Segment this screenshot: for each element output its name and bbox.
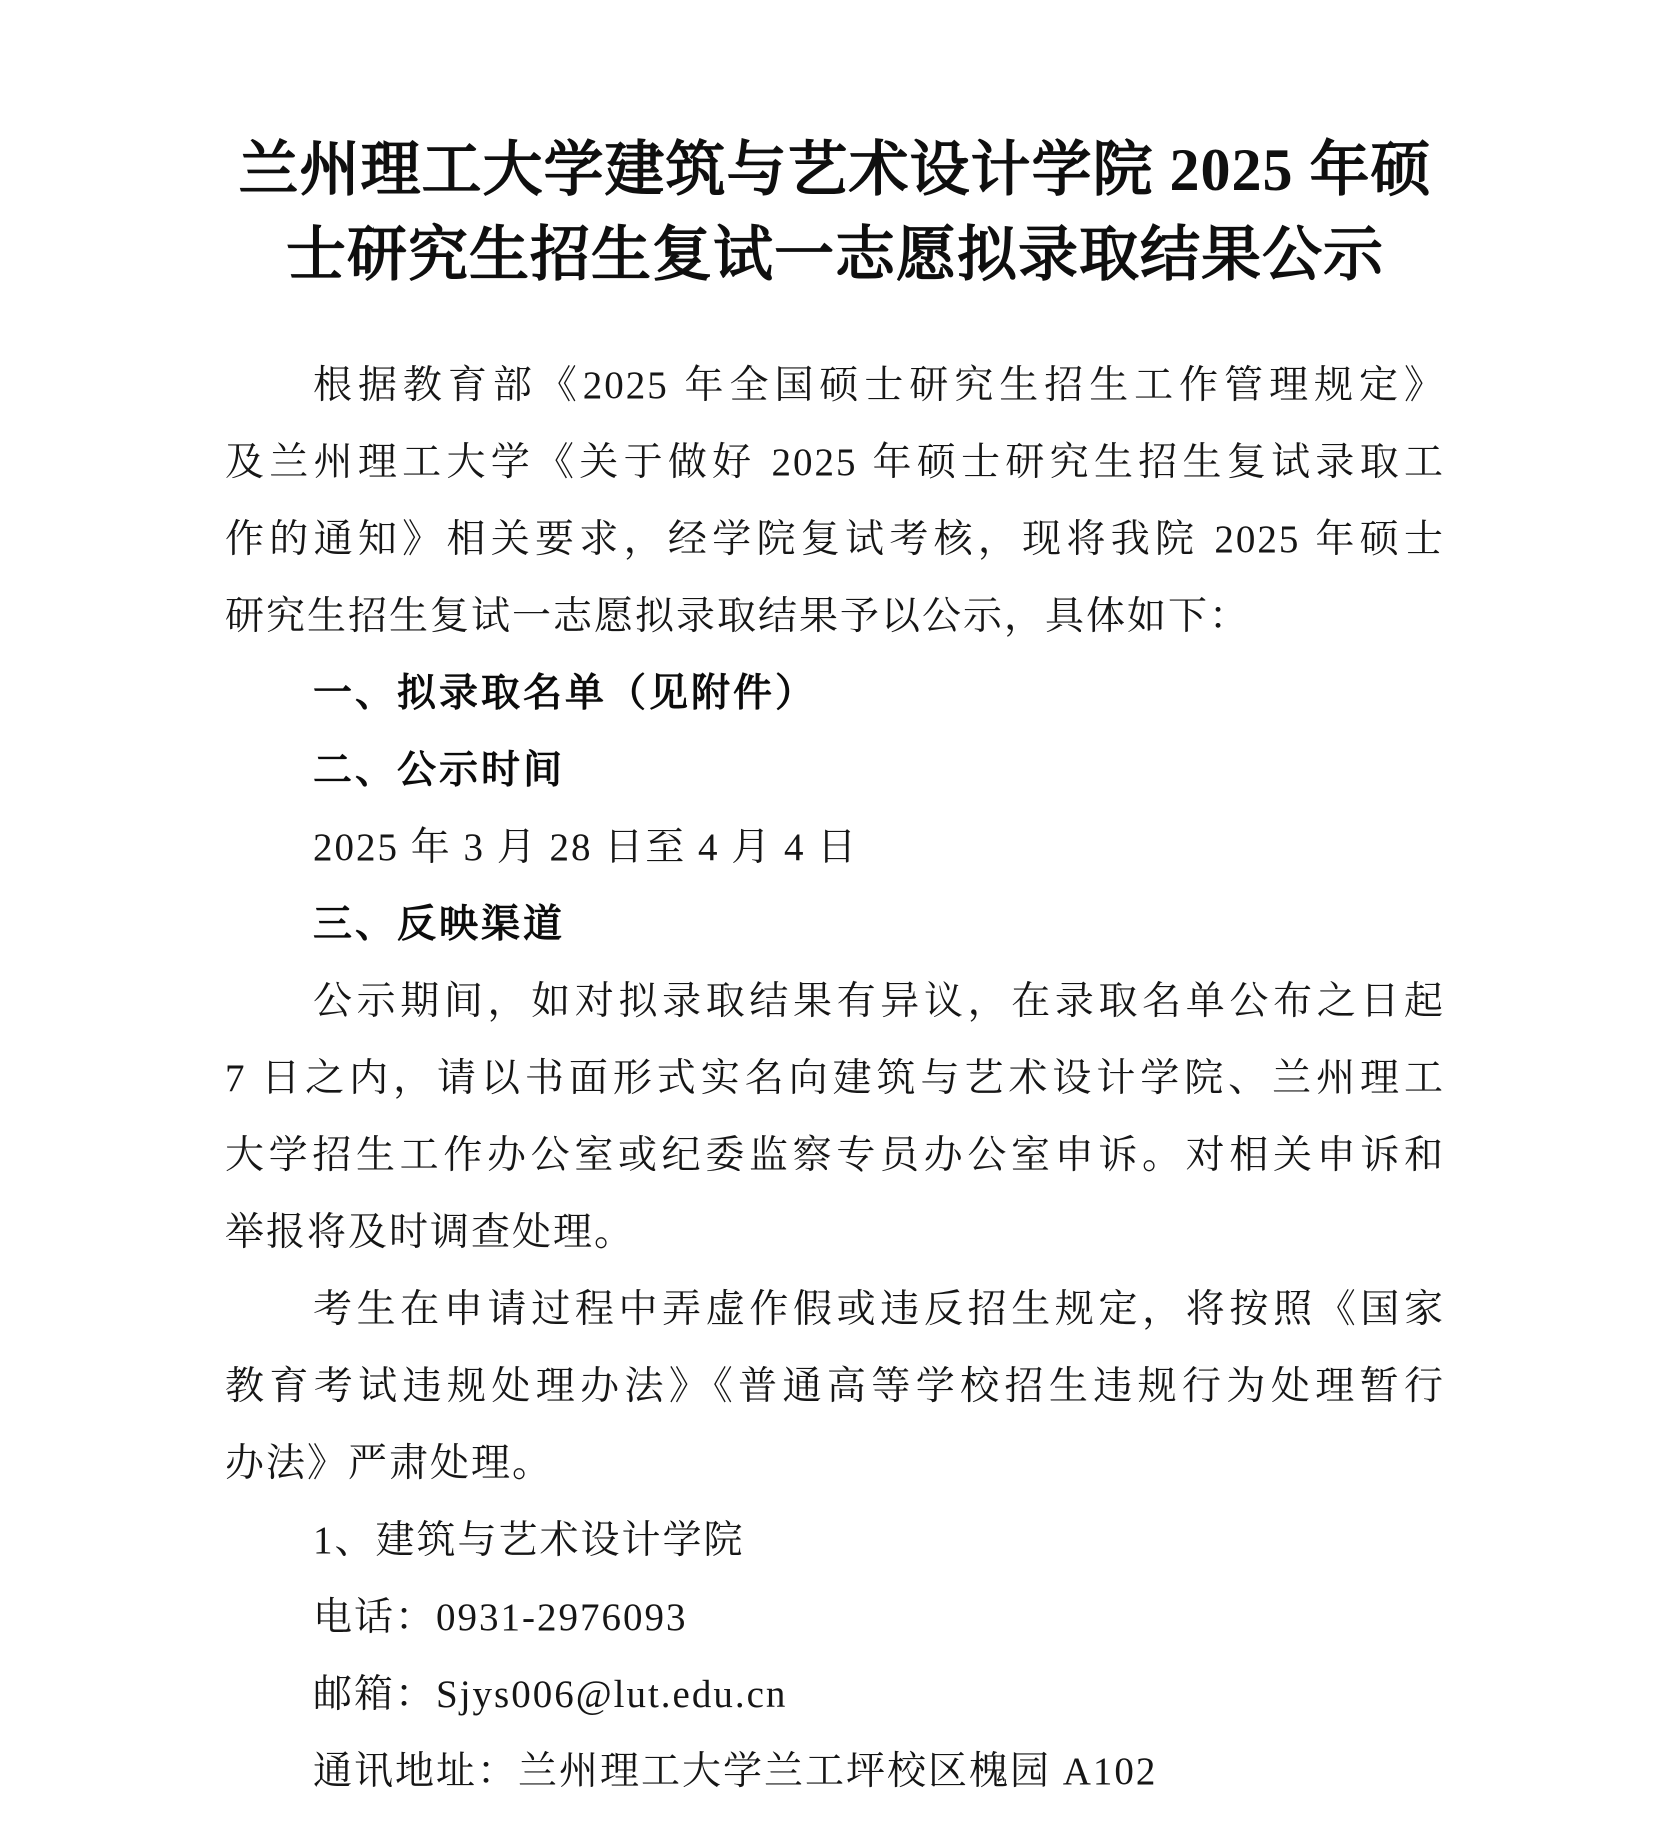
- text-line: 教育考试违规处理办法》《普通高等学校招生违规行为处理暂行: [225, 1348, 1445, 1425]
- text-line: 作的通知》相关要求，经学院复试考核，现将我院 2025 年硕士: [225, 501, 1445, 578]
- text-line: 研究生招生复试一志愿拟录取结果予以公示，具体如下：: [225, 578, 1445, 655]
- text-line: 举报将及时调查处理。: [225, 1194, 1445, 1271]
- text-line: 电话：0931-2976093: [225, 1579, 1445, 1656]
- page-title: 兰州理工大学建筑与艺术设计学院 2025 年硕 士研究生招生复试一志愿拟录取结果…: [225, 0, 1445, 298]
- text-line: 考生在申请过程中弄虚作假或违反招生规定，将按照《国家: [225, 1271, 1445, 1348]
- document-body: 根据教育部《2025 年全国硕士研究生招生工作管理规定》及兰州理工大学《关于做好…: [225, 347, 1445, 1810]
- text-line: 办法》严肃处理。: [225, 1425, 1445, 1502]
- text-line: 及兰州理工大学《关于做好 2025 年硕士研究生招生复试录取工: [225, 424, 1445, 501]
- section-heading: 二、公示时间: [225, 732, 1445, 809]
- announcement-document: 兰州理工大学建筑与艺术设计学院 2025 年硕 士研究生招生复试一志愿拟录取结果…: [225, 0, 1445, 1810]
- text-line: 根据教育部《2025 年全国硕士研究生招生工作管理规定》: [225, 347, 1445, 424]
- section-heading: 三、反映渠道: [225, 886, 1445, 963]
- text-line: 公示期间，如对拟录取结果有异议，在录取名单公布之日起: [225, 963, 1445, 1040]
- text-line: 1、建筑与艺术设计学院: [225, 1502, 1445, 1579]
- text-line: 邮箱：Sjys006@lut.edu.cn: [225, 1656, 1445, 1733]
- text-line: 7 日之内，请以书面形式实名向建筑与艺术设计学院、兰州理工: [225, 1040, 1445, 1117]
- text-line: 通讯地址：兰州理工大学兰工坪校区槐园 A102: [225, 1733, 1445, 1810]
- title-line-2: 士研究生招生复试一志愿拟录取结果公示: [225, 213, 1445, 298]
- title-line-1: 兰州理工大学建筑与艺术设计学院 2025 年硕: [225, 128, 1445, 213]
- text-line: 2025 年 3 月 28 日至 4 月 4 日: [225, 809, 1445, 886]
- text-line: 大学招生工作办公室或纪委监察专员办公室申诉。对相关申诉和: [225, 1117, 1445, 1194]
- section-heading: 一、拟录取名单（见附件）: [225, 655, 1445, 732]
